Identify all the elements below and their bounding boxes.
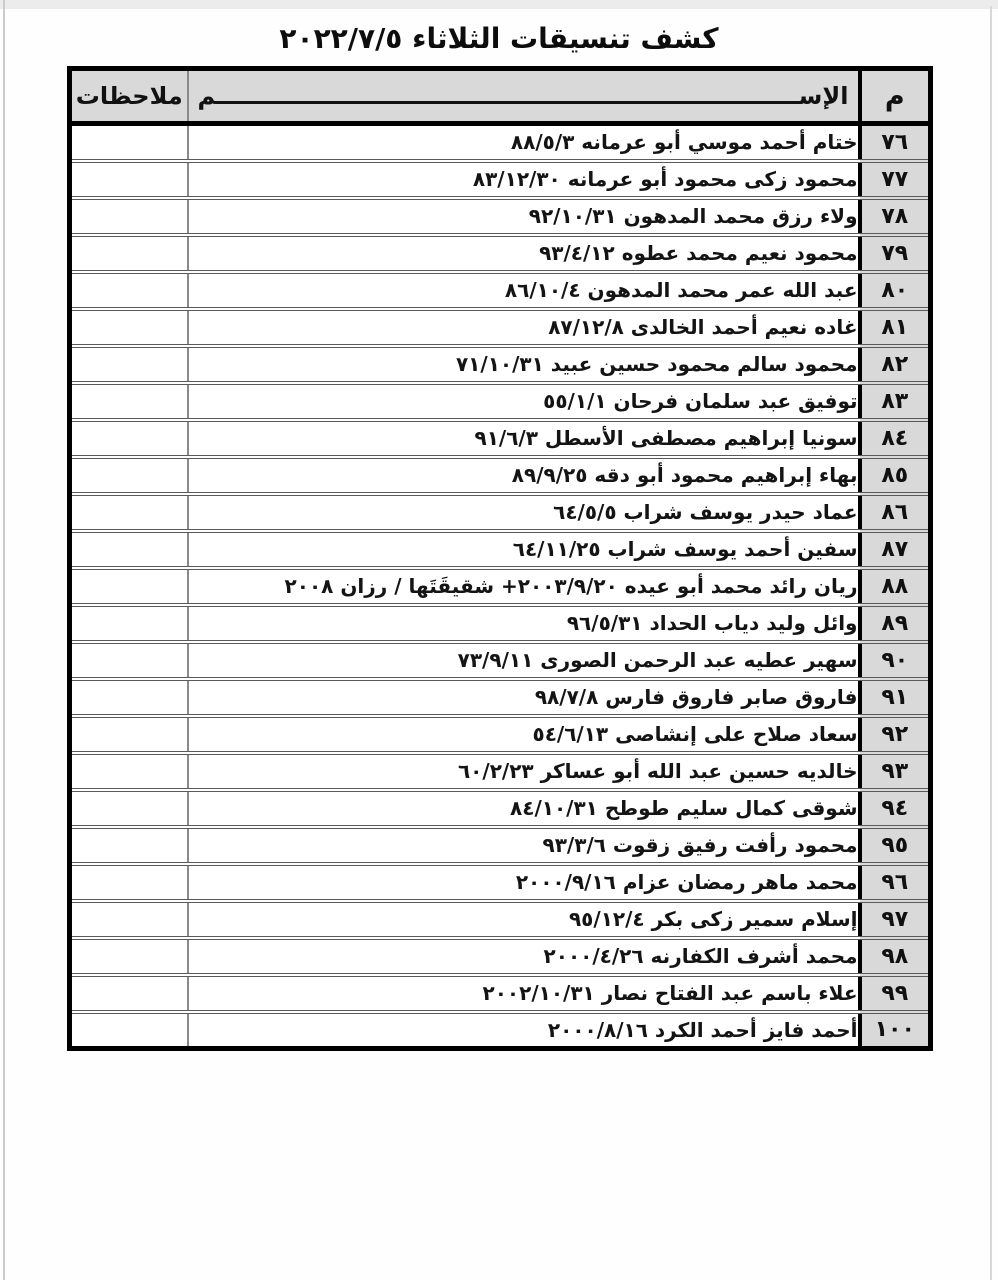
table-row: ٧٩محمود نعيم محمد عطوه ٩٣/٤/١٢ — [70, 235, 931, 272]
table-row: ٨٨ريان رائد محمد أبو عيده ٢٠٠٣/٩/٢٠+ شقي… — [70, 568, 931, 605]
table-header: م الإســــــــــــــــــــــــــــــــــ… — [70, 69, 931, 124]
header-notes: ملاحظات — [70, 69, 188, 124]
row-number: ٨٥ — [860, 457, 931, 494]
table-row: ٩٤شوقى كمال سليم طوطح ٨٤/١٠/٣١ — [70, 790, 931, 827]
person-name: سفين أحمد يوسف شراب ٦٤/١١/٢٥ — [188, 531, 860, 568]
row-number: ٩٨ — [860, 938, 931, 975]
notes-cell — [70, 531, 188, 568]
table-row: ١٠٠أحمد فايز أحمد الكرد ٢٠٠٠/٨/١٦ — [70, 1012, 931, 1049]
header-name: الإســــــــــــــــــــــــــــــــــــ… — [188, 69, 860, 124]
row-number: ١٠٠ — [860, 1012, 931, 1049]
person-name: محمد أشرف الكفارنه ٢٠٠٠/٤/٢٦ — [188, 938, 860, 975]
notes-cell — [70, 864, 188, 901]
person-name: محمود نعيم محمد عطوه ٩٣/٤/١٢ — [188, 235, 860, 272]
table-row: ٩٧إسلام سمير زكى بكر ٩٥/١٢/٤ — [70, 901, 931, 938]
notes-cell — [70, 938, 188, 975]
notes-cell — [70, 420, 188, 457]
table-row: ٩٨محمد أشرف الكفارنه ٢٠٠٠/٤/٢٦ — [70, 938, 931, 975]
header-number: م — [860, 69, 931, 124]
notes-cell — [70, 827, 188, 864]
person-name: عبد الله عمر محمد المدهون ٨٦/١٠/٤ — [188, 272, 860, 309]
row-number: ٨١ — [860, 309, 931, 346]
notes-cell — [70, 124, 188, 161]
person-name: غاده نعيم أحمد الخالدى ٨٧/١٢/٨ — [188, 309, 860, 346]
notes-cell — [70, 790, 188, 827]
page-edge-top — [0, 0, 998, 9]
notes-cell — [70, 568, 188, 605]
table-row: ٩٦محمد ماهر رمضان عزام ٢٠٠٠/٩/١٦ — [70, 864, 931, 901]
notes-cell — [70, 309, 188, 346]
row-number: ٩٩ — [860, 975, 931, 1012]
person-name: ختام أحمد موسي أبو عرمانه ٨٨/٥/٣ — [188, 124, 860, 161]
person-name: محمود رأفت رفيق زقوت ٩٣/٣/٦ — [188, 827, 860, 864]
person-name: وائل وليد دياب الحداد ٩٦/٥/٣١ — [188, 605, 860, 642]
header-row: م الإســــــــــــــــــــــــــــــــــ… — [70, 69, 931, 124]
row-number: ٨٠ — [860, 272, 931, 309]
table-row: ٩٢سعاد صلاح على إنشاصى ٥٤/٦/١٣ — [70, 716, 931, 753]
row-number: ٩٤ — [860, 790, 931, 827]
table-row: ٩٥محمود رأفت رفيق زقوت ٩٣/٣/٦ — [70, 827, 931, 864]
row-number: ٨٤ — [860, 420, 931, 457]
person-name: خالديه حسين عبد الله أبو عساكر ٦٠/٢/٢٣ — [188, 753, 860, 790]
notes-cell — [70, 679, 188, 716]
row-number: ٩٧ — [860, 901, 931, 938]
table-row: ٩١فاروق صابر فاروق فارس ٩٨/٧/٨ — [70, 679, 931, 716]
notes-cell — [70, 716, 188, 753]
person-name: محمد ماهر رمضان عزام ٢٠٠٠/٩/١٦ — [188, 864, 860, 901]
person-name: أحمد فايز أحمد الكرد ٢٠٠٠/٨/١٦ — [188, 1012, 860, 1049]
table-row: ٧٨ولاء رزق محمد المدهون ٩٢/١٠/٣١ — [70, 198, 931, 235]
notes-cell — [70, 161, 188, 198]
table-row: ٨٥بهاء إبراهيم محمود أبو دقه ٨٩/٩/٢٥ — [70, 457, 931, 494]
table-row: ٧٦ختام أحمد موسي أبو عرمانه ٨٨/٥/٣ — [70, 124, 931, 161]
person-name: سهير عطيه عبد الرحمن الصورى ٧٣/٩/١١ — [188, 642, 860, 679]
table-row: ٩٣خالديه حسين عبد الله أبو عساكر ٦٠/٢/٢٣ — [70, 753, 931, 790]
notes-cell — [70, 753, 188, 790]
notes-cell — [70, 346, 188, 383]
person-name: محمود سالم محمود حسين عبيد ٧١/١٠/٣١ — [188, 346, 860, 383]
notes-cell — [70, 975, 188, 1012]
person-name: ريان رائد محمد أبو عيده ٢٠٠٣/٩/٢٠+ شقيقَ… — [188, 568, 860, 605]
row-number: ٨٣ — [860, 383, 931, 420]
notes-cell — [70, 901, 188, 938]
notes-cell — [70, 457, 188, 494]
row-number: ٩١ — [860, 679, 931, 716]
row-number: ٧٨ — [860, 198, 931, 235]
person-name: علاء باسم عبد الفتاح نصار ٢٠٠٢/١٠/٣١ — [188, 975, 860, 1012]
notes-cell — [70, 605, 188, 642]
row-number: ٩٥ — [860, 827, 931, 864]
notes-cell — [70, 235, 188, 272]
table-row: ٩٠سهير عطيه عبد الرحمن الصورى ٧٣/٩/١١ — [70, 642, 931, 679]
notes-cell — [70, 494, 188, 531]
person-name: فاروق صابر فاروق فارس ٩٨/٧/٨ — [188, 679, 860, 716]
table-row: ٨٤سونيا إبراهيم مصطفى الأسطل ٩١/٦/٣ — [70, 420, 931, 457]
person-name: إسلام سمير زكى بكر ٩٥/١٢/٤ — [188, 901, 860, 938]
row-number: ٨٧ — [860, 531, 931, 568]
person-name: توفيق عبد سلمان فرحان ٥٥/١/١ — [188, 383, 860, 420]
page-edge-right — [990, 6, 992, 1280]
table-row: ٨١غاده نعيم أحمد الخالدى ٨٧/١٢/٨ — [70, 309, 931, 346]
notes-cell — [70, 272, 188, 309]
table-body: ٧٦ختام أحمد موسي أبو عرمانه ٨٨/٥/٣٧٧محمو… — [70, 124, 931, 1049]
person-name: سونيا إبراهيم مصطفى الأسطل ٩١/٦/٣ — [188, 420, 860, 457]
row-number: ٨٢ — [860, 346, 931, 383]
page-edge-left — [3, 0, 5, 1280]
row-number: ٩٣ — [860, 753, 931, 790]
table-row: ٨٣توفيق عبد سلمان فرحان ٥٥/١/١ — [70, 383, 931, 420]
notes-cell — [70, 1012, 188, 1049]
table-row: ٨٢محمود سالم محمود حسين عبيد ٧١/١٠/٣١ — [70, 346, 931, 383]
table-row: ٨٦عماد حيدر يوسف شراب ٦٤/٥/٥ — [70, 494, 931, 531]
row-number: ٧٦ — [860, 124, 931, 161]
row-number: ٧٧ — [860, 161, 931, 198]
notes-cell — [70, 198, 188, 235]
document-page: كشف تنسيقات الثلاثاء ٢٠٢٢/٧/٥ م الإســــ… — [0, 0, 998, 1280]
row-number: ٩٠ — [860, 642, 931, 679]
page-title: كشف تنسيقات الثلاثاء ٢٠٢٢/٧/٥ — [0, 22, 998, 55]
person-name: عماد حيدر يوسف شراب ٦٤/٥/٥ — [188, 494, 860, 531]
person-name: ولاء رزق محمد المدهون ٩٢/١٠/٣١ — [188, 198, 860, 235]
row-number: ٩٦ — [860, 864, 931, 901]
row-number: ٩٢ — [860, 716, 931, 753]
row-number: ٨٨ — [860, 568, 931, 605]
notes-cell — [70, 642, 188, 679]
person-name: سعاد صلاح على إنشاصى ٥٤/٦/١٣ — [188, 716, 860, 753]
table-row: ٧٧محمود زكى محمود أبو عرمانه ٨٣/١٢/٣٠ — [70, 161, 931, 198]
table-row: ٩٩علاء باسم عبد الفتاح نصار ٢٠٠٢/١٠/٣١ — [70, 975, 931, 1012]
table-row: ٨٧سفين أحمد يوسف شراب ٦٤/١١/٢٥ — [70, 531, 931, 568]
person-name: شوقى كمال سليم طوطح ٨٤/١٠/٣١ — [188, 790, 860, 827]
person-name: محمود زكى محمود أبو عرمانه ٨٣/١٢/٣٠ — [188, 161, 860, 198]
row-number: ٧٩ — [860, 235, 931, 272]
row-number: ٨٩ — [860, 605, 931, 642]
person-name: بهاء إبراهيم محمود أبو دقه ٨٩/٩/٢٥ — [188, 457, 860, 494]
table-row: ٨٩وائل وليد دياب الحداد ٩٦/٥/٣١ — [70, 605, 931, 642]
table-row: ٨٠عبد الله عمر محمد المدهون ٨٦/١٠/٤ — [70, 272, 931, 309]
row-number: ٨٦ — [860, 494, 931, 531]
notes-cell — [70, 383, 188, 420]
roster-table: م الإســــــــــــــــــــــــــــــــــ… — [67, 66, 933, 1051]
